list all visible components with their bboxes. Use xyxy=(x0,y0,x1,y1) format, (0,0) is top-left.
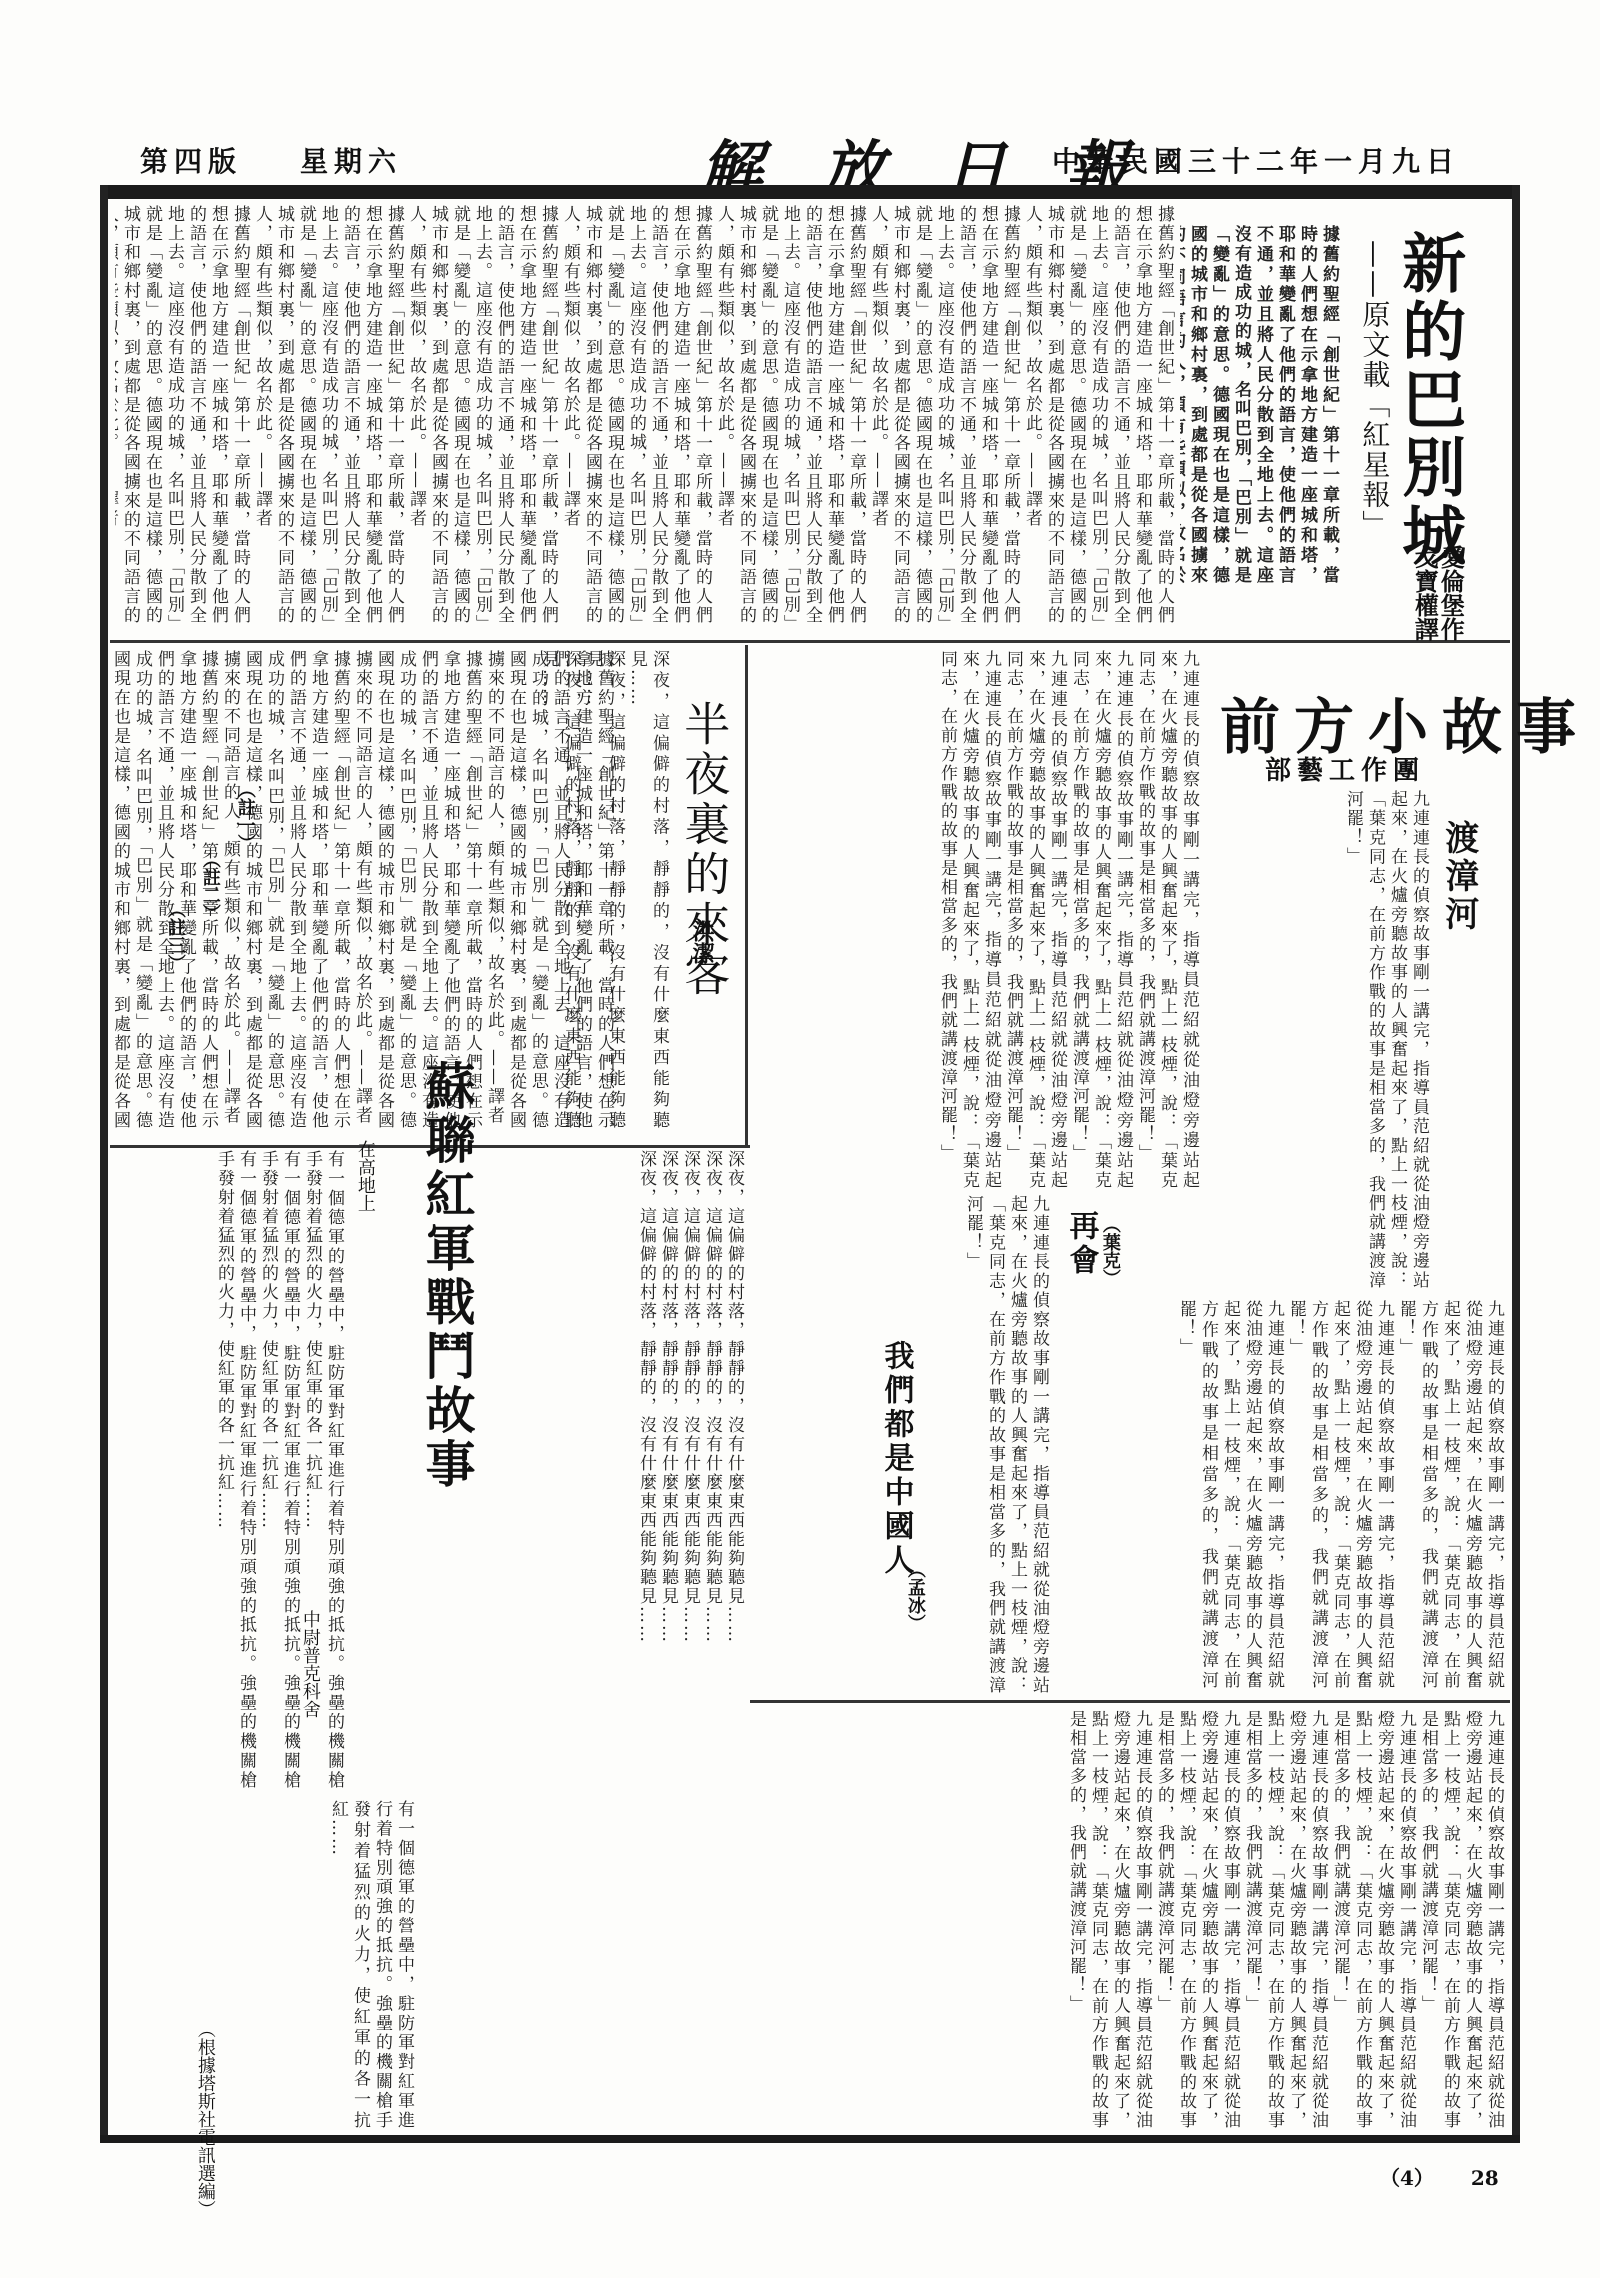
section-title: 我們都是中國人 xyxy=(880,1340,912,1578)
section-title: 再會 xyxy=(1065,1210,1097,1278)
article-body: 深夜，這偏僻的村落，靜靜的，沒有什麼東西能夠聽見…… 深夜，這偏僻的村落，靜靜的… xyxy=(480,1150,745,2130)
left-border xyxy=(100,185,108,2143)
edition-label: 第四版 xyxy=(140,140,242,180)
article-body: 深夜，這偏僻的村落，靜靜的，沒有什麼東西能夠聽見…… 深夜，這偏僻的村落，靜靜的… xyxy=(500,650,670,1130)
article-subtitle: ——原文載「紅星報」 xyxy=(1360,240,1389,540)
section-title: 中尉普克科舍 xyxy=(300,1610,319,1718)
article-body: 九連連長的偵察故事剛一講完，指導員范紹就從油燈旁邊站起來，在火爐旁聽故事的人興奮… xyxy=(760,650,1200,1190)
footnote-label: （註三） xyxy=(165,900,184,972)
article-intro: 據舊約聖經「創世紀」第十一章所載，當時的人們想在示拿地方建造一座城和塔，耶和華變… xyxy=(1180,225,1340,585)
translator-credit: 戈寶權譯 xyxy=(1412,545,1437,641)
column-divider xyxy=(745,645,748,1145)
page-number: 28 xyxy=(1471,2166,1499,2190)
masthead-rule xyxy=(100,185,1520,199)
section-title: 在高地上 xyxy=(355,1140,374,1212)
section-title: 渡漳河 xyxy=(1440,820,1476,934)
article-body: 九連連長的偵察故事剛一講完，指導員范紹就從油燈旁邊站起來，在火爐旁聽故事的人興奮… xyxy=(1210,790,1430,1290)
article-body: 九連連長的偵察故事剛一講完，指導員范紹就從油燈旁邊站起來，在火爐旁聽故事的人興奮… xyxy=(760,1710,1505,2130)
article-byline: 部藝工作團 xyxy=(1265,750,1425,787)
right-border xyxy=(1512,185,1520,2143)
weekday-label: 星期六 xyxy=(300,140,402,180)
section-author: （葉克） xyxy=(1100,1215,1119,1287)
masthead: 第四版 星期六 解放日報 中華民國三十二年一月九日 xyxy=(140,130,1460,190)
section-divider xyxy=(750,1700,1510,1703)
page-footer: （4） 28 xyxy=(1380,2162,1529,2191)
article-body: 有一個德軍的營壘中，駐防軍對紅軍進行着特別頑強的抵抗。強壘的機關槍手發射着猛烈的… xyxy=(115,1800,415,2130)
bottom-rule xyxy=(100,2135,1520,2143)
article-body: 據舊約聖經「創世紀」第十一章所載，當時的人們想在示拿地方建造一座城和塔，耶和華變… xyxy=(115,205,1175,625)
footnote-label: （註一） xyxy=(235,780,254,852)
section-divider xyxy=(110,640,1510,643)
footnote-label: （註二） xyxy=(200,850,219,922)
article-title: 新的巴別城 xyxy=(1395,230,1462,570)
newspaper-page: 第四版 星期六 解放日報 中華民國三十二年一月九日 新的巴別城 ——原文載「紅星… xyxy=(0,0,1600,2278)
article-title: 蘇聯紅軍戰鬥故事 xyxy=(420,1060,473,1492)
issue-date: 中華民國三十二年一月九日 xyxy=(1052,140,1460,180)
article-author: 洪潔 xyxy=(690,920,713,964)
author-credit: 愛倫堡作 xyxy=(1438,545,1463,641)
source-note: （根據塔斯社電訊選編） xyxy=(195,2020,214,2218)
article-body: 九連連長的偵察故事剛一講完，指導員范紹就從油燈旁邊站起來，在火爐旁聽故事的人興奮… xyxy=(1125,1300,1505,1690)
page-marker: （4） xyxy=(1380,2166,1434,2190)
